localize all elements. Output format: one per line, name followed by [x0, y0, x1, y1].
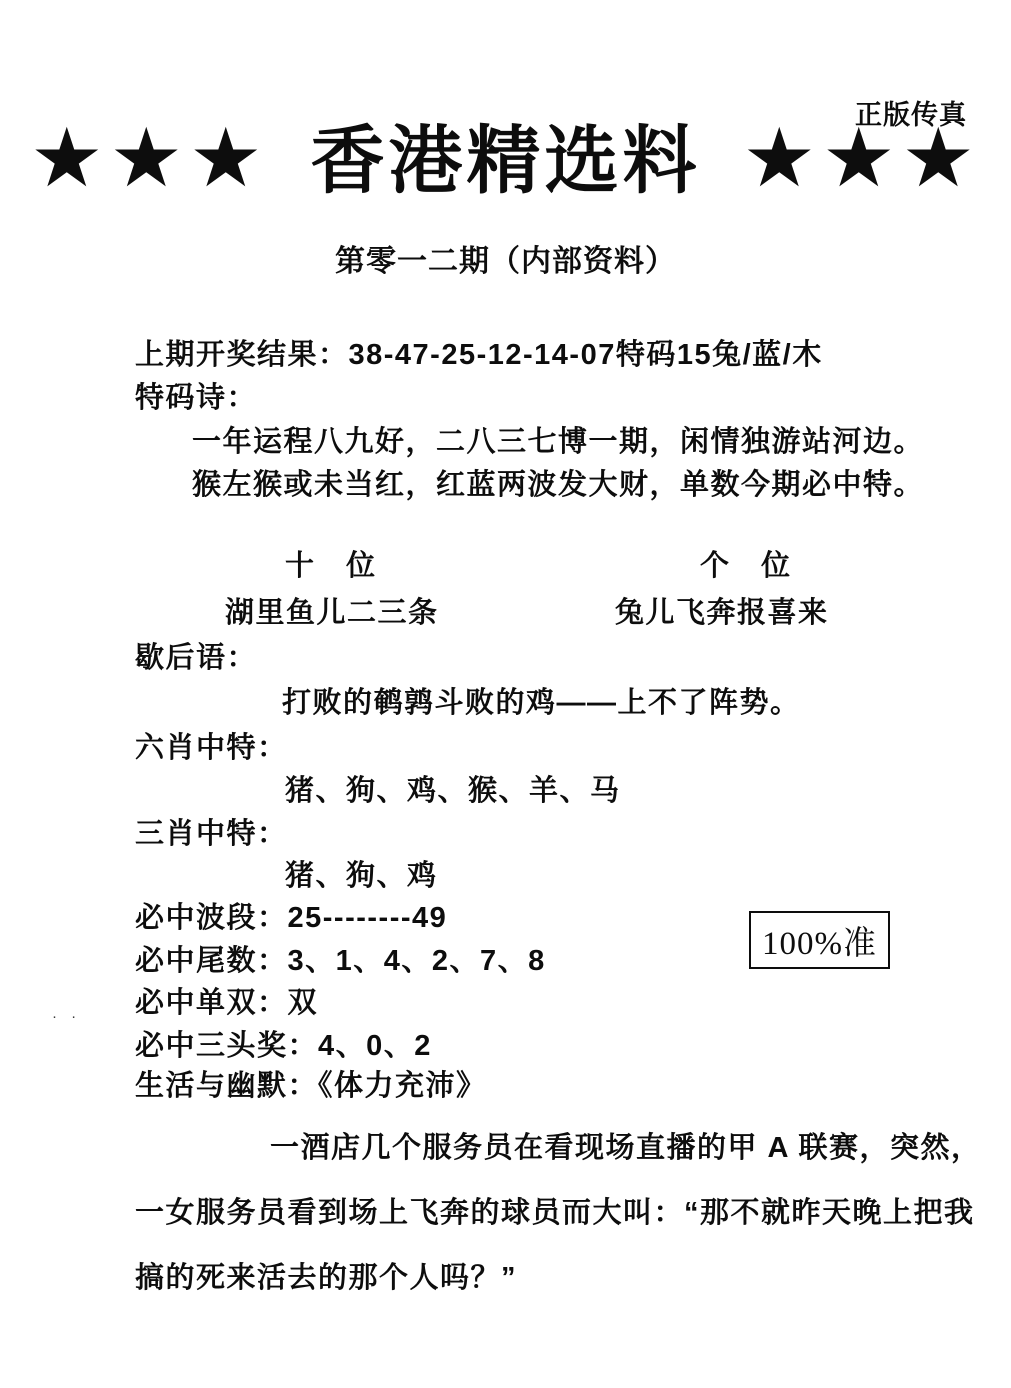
odd-even-line: 必中单双：双: [135, 988, 318, 1020]
poem-label: 特码诗：: [135, 383, 257, 415]
tens-hint: 湖里鱼儿二三条: [225, 598, 439, 630]
head-prize-line: 必中三头奖：4、0、2: [135, 1031, 432, 1063]
story-line-2: 一女服务员看到场上飞奔的球员而大叫：“那不就昨天晚上把我: [135, 1198, 975, 1230]
three-xiao-value: 猪、狗、鸡: [285, 861, 438, 893]
poem-line-1: 一年运程八九好，二八三七博一期，闲情独游站河边。: [192, 427, 924, 459]
poem-line-2: 猴左猴或未当红，红蓝两波发大财，单数今期必中特。: [192, 470, 924, 502]
title-row: ★★★ 香港精选料 ★★★: [0, 118, 1011, 203]
last-result-line: 上期开奖结果：38-47-25-12-14-07特码15兔/蓝/木: [135, 340, 823, 372]
page-title: 香港精选料: [311, 120, 701, 203]
six-xiao-label: 六肖中特：: [135, 733, 288, 765]
ones-column-header: 个 位: [700, 551, 792, 583]
xiehouyu-label: 歇后语：: [135, 643, 257, 675]
humor-title-line: 生活与幽默：《体力充沛》: [135, 1071, 487, 1103]
wave-range-line: 必中波段：25--------49: [135, 903, 447, 935]
fax-page: 正版传真 ★★★ 香港精选料 ★★★ 第零一二期（内部资料） 上期开奖结果：38…: [0, 0, 1011, 1388]
story-line-1: 一酒店几个服务员在看现场直播的甲 A 联赛，突然，: [270, 1133, 981, 1165]
xiehouyu-text: 打败的鹌鹑斗败的鸡——上不了阵势。: [282, 688, 801, 720]
ones-hint: 兔儿飞奔报喜来: [615, 598, 829, 630]
tail-numbers-line: 必中尾数：3、1、4、2、7、8: [135, 946, 546, 978]
stars-left-icon: ★★★: [30, 118, 269, 200]
issue-line: 第零一二期（内部资料）: [0, 236, 1011, 280]
tens-column-header: 十 位: [285, 551, 377, 583]
three-xiao-label: 三肖中特：: [135, 819, 288, 851]
scan-artifact-dots: · ·: [52, 1008, 81, 1025]
six-xiao-value: 猪、狗、鸡、猴、羊、马: [285, 776, 621, 808]
accuracy-badge: 100%准: [749, 911, 890, 969]
story-line-3: 搞的死来活去的那个人吗？”: [135, 1263, 517, 1295]
stars-right-icon: ★★★: [743, 118, 982, 200]
